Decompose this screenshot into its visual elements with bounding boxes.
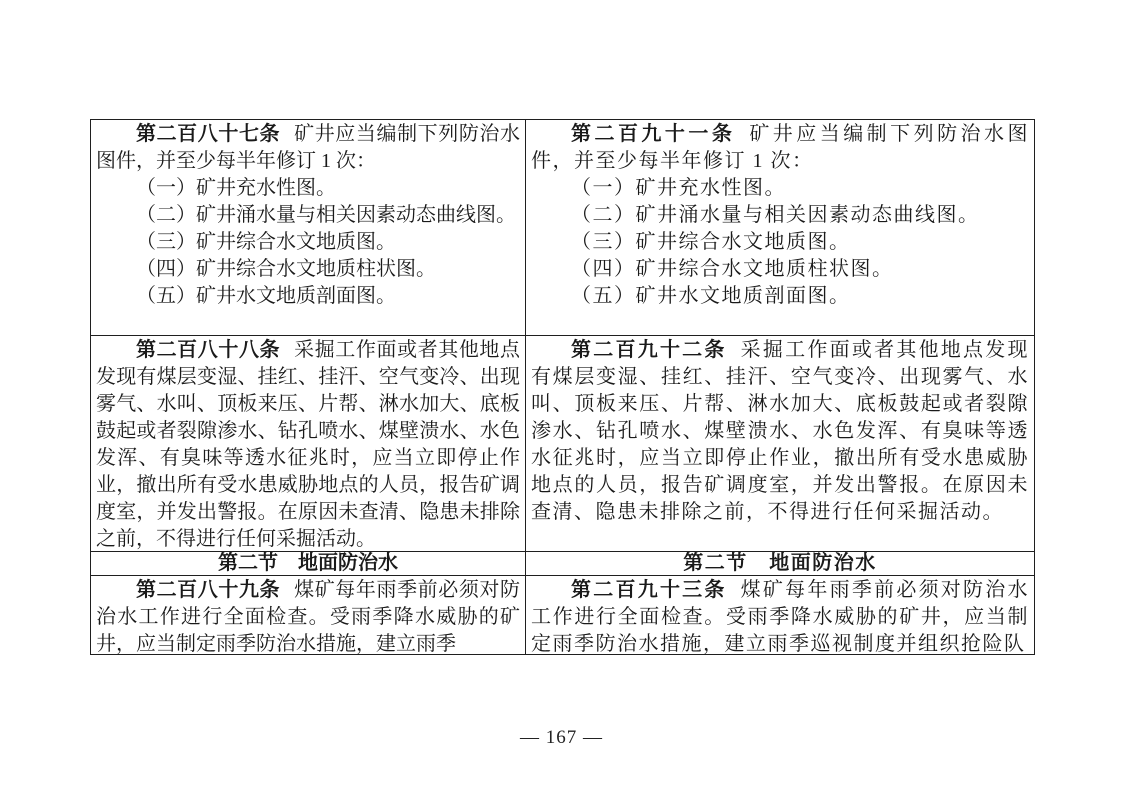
cell-article-289: 第二百八十九条煤矿每年雨季前必须对防治水工作进行全面检查。受雨季降水威胁的矿井，… [91,576,526,654]
article-287-item-4: （四）矿井综合水文地质柱状图。 [96,256,520,283]
article-291-item-5: （五）矿井水文地质剖面图。 [531,283,1029,310]
article-292-body: 采掘工作面或者其他地点发现有煤层变湿、挂红、挂汗、空气变冷、出现雾气、水叫、顶板… [531,339,1029,523]
article-287-item-1: （一）矿井充水性图。 [96,175,520,202]
article-291-item-2: （二）矿井涌水量与相关因素动态曲线图。 [531,202,1029,229]
article-289-number: 第二百八十九条 [136,579,280,601]
article-291-number: 第二百九十一条 [571,123,735,145]
page-number: — 167 — [0,727,1123,749]
article-291-item-4: （四）矿井综合水文地质柱状图。 [531,256,1029,283]
article-288-number: 第二百八十八条 [136,339,280,361]
article-291-opening: 第二百九十一条矿井应当编制下列防治水图件，并至少每半年修订 1 次： [531,121,1029,175]
cell-article-293: 第二百九十三条煤矿每年雨季前必须对防治水工作进行全面检查。受雨季降水威胁的矿井，… [526,576,1034,654]
article-292-paragraph: 第二百九十二条采掘工作面或者其他地点发现有煤层变湿、挂红、挂汗、空气变冷、出现雾… [531,337,1029,526]
regulation-table: 第二百八十七条矿井应当编制下列防治水图件，并至少每半年修订 1 次： （一）矿井… [90,119,1035,655]
cell-article-291: 第二百九十一条矿井应当编制下列防治水图件，并至少每半年修订 1 次： （一）矿井… [526,120,1034,336]
cell-article-292: 第二百九十二条采掘工作面或者其他地点发现有煤层变湿、挂红、挂汗、空气变冷、出现雾… [526,336,1034,552]
document-page: 第二百八十七条矿井应当编制下列防治水图件，并至少每半年修订 1 次： （一）矿井… [0,0,1123,794]
article-293-paragraph: 第二百九十三条煤矿每年雨季前必须对防治水工作进行全面检查。受雨季降水威胁的矿井，… [531,577,1029,654]
article-287-item-3: （三）矿井综合水文地质图。 [96,229,520,256]
cell-article-287: 第二百八十七条矿井应当编制下列防治水图件，并至少每半年修订 1 次： （一）矿井… [91,120,526,336]
article-291-item-1: （一）矿井充水性图。 [531,175,1029,202]
article-293-number: 第二百九十三条 [571,579,727,601]
cell-article-288: 第二百八十八条采掘工作面或者其他地点发现有煤层变湿、挂红、挂汗、空气变冷、出现雾… [91,336,526,552]
section-heading-right: 第二节 地面防治水 [526,552,1034,576]
article-288-body: 采掘工作面或者其他地点发现有煤层变湿、挂红、挂汗、空气变冷、出现雾气、水叫、顶板… [96,339,520,550]
article-287-opening: 第二百八十七条矿井应当编制下列防治水图件，并至少每半年修订 1 次： [96,121,520,175]
article-287-item-2: （二）矿井涌水量与相关因素动态曲线图。 [96,202,520,229]
article-288-paragraph: 第二百八十八条采掘工作面或者其他地点发现有煤层变湿、挂红、挂汗、空气变冷、出现雾… [96,337,520,552]
article-292-number: 第二百九十二条 [571,339,727,361]
article-287-number: 第二百八十七条 [136,123,280,145]
section-heading-left: 第二节 地面防治水 [91,552,526,576]
article-289-paragraph: 第二百八十九条煤矿每年雨季前必须对防治水工作进行全面检查。受雨季降水威胁的矿井，… [96,577,520,654]
article-287-item-5: （五）矿井水文地质剖面图。 [96,283,520,310]
article-291-item-3: （三）矿井综合水文地质图。 [531,229,1029,256]
